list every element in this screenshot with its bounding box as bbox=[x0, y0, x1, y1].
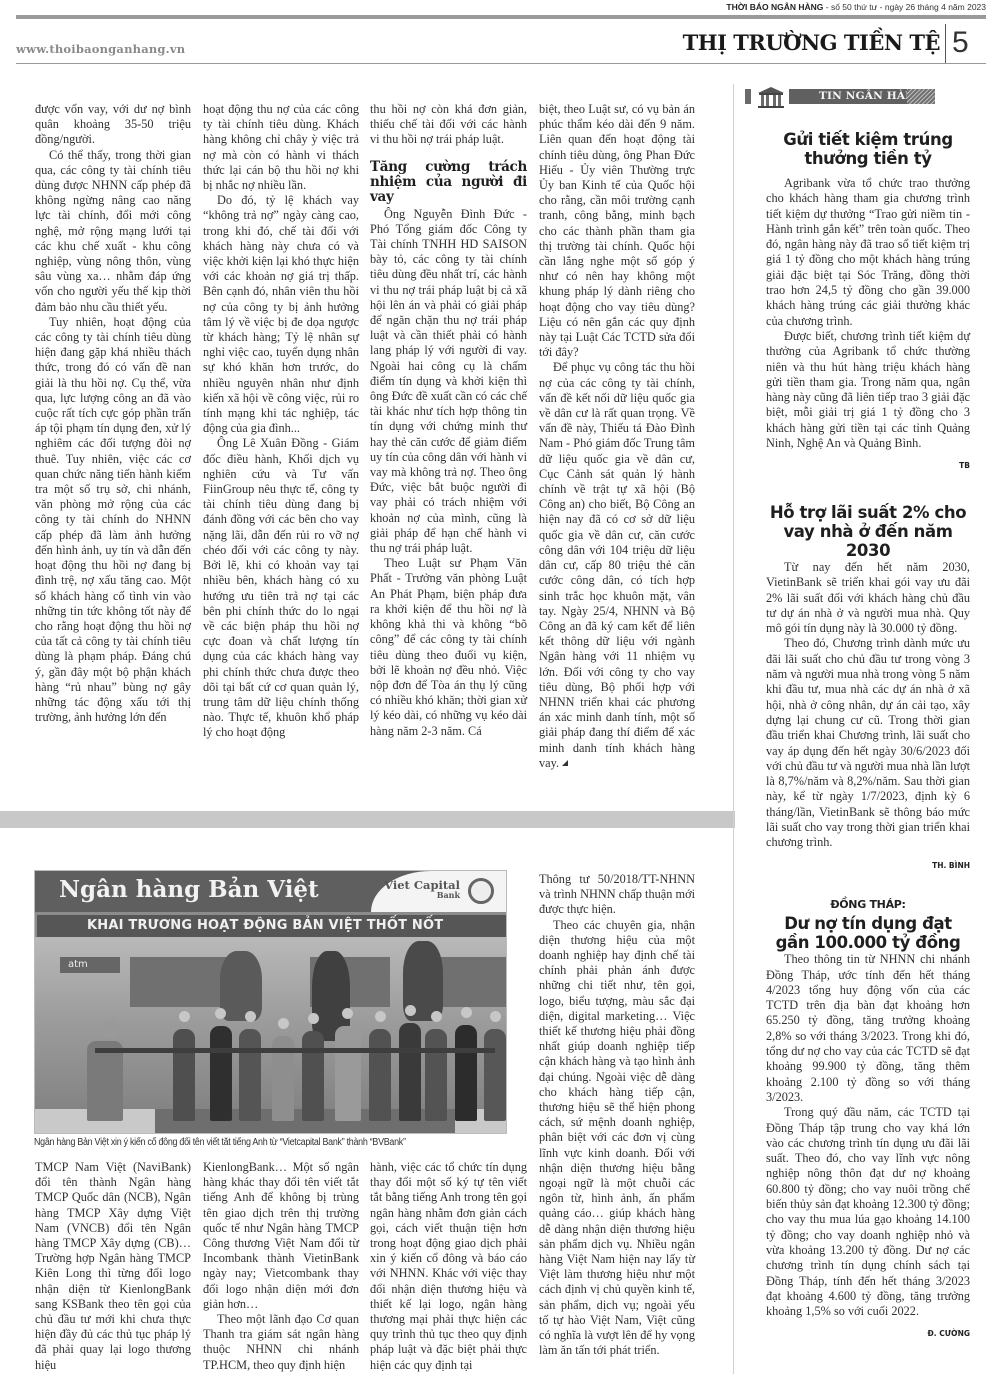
website-link[interactable]: www.thoibaonganhang.vn bbox=[16, 42, 185, 56]
section-label-bar: TIN NGÂN HÀNG bbox=[789, 89, 935, 104]
article-column-1: được vốn vay, với dư nợ bình quân khoảng… bbox=[35, 102, 191, 725]
header-rule bbox=[16, 63, 986, 64]
sidebar-story-3: ĐỒNG THÁP: Dư nợ tín dụng đạt gần 100.00… bbox=[766, 897, 970, 1342]
issue-dateline: THỜI BÁO NGÂN HÀNG - số 50 thứ tư - ngày… bbox=[726, 2, 986, 12]
story-title[interactable]: Gửi tiết kiệm trúng thưởng tiền tỷ bbox=[766, 130, 970, 168]
person bbox=[173, 1029, 195, 1121]
person-head bbox=[405, 1005, 416, 1016]
article-column-4: biệt, theo Luật sư, có vụ bản án phúc th… bbox=[539, 102, 695, 771]
paragraph: Theo thông tin từ NHNN chi nhánh Đồng Th… bbox=[766, 952, 970, 1105]
paragraph: Có thể thấy, trong thời gian qua, các cô… bbox=[35, 148, 191, 315]
article-column-2-lower: KienlongBank… Một số ngân hàng khác thay… bbox=[203, 1160, 359, 1373]
article-end-icon bbox=[562, 760, 568, 766]
photo-credit: Ảnh: PV bbox=[34, 1109, 36, 1127]
paragraph: Ông Lê Xuân Đồng - Giám đốc điều hành, K… bbox=[203, 436, 359, 740]
byline: Đ. CƯỜNG bbox=[766, 1326, 970, 1341]
opening-banner: KHAI TRƯƠNG HOẠT ĐỘNG BẢN VIỆT THỐT NỐT bbox=[37, 915, 506, 937]
bank-logo-icon bbox=[468, 878, 494, 904]
paragraph: Trong quý đầu năm, các TCTD tại Đồng Thá… bbox=[766, 1105, 970, 1319]
person-head bbox=[490, 1011, 501, 1022]
mascot-head bbox=[102, 1021, 120, 1039]
paragraph: Theo đó, Chương trình dành mức ưu đãi lã… bbox=[766, 636, 970, 850]
paragraph-text: Để phục vụ công tác thu hồi nợ của các c… bbox=[539, 360, 695, 769]
hatch-decoration bbox=[907, 89, 935, 104]
paragraph: Do đó, tỷ lệ khách vay “không trả nợ” ng… bbox=[203, 193, 359, 436]
person bbox=[484, 1029, 506, 1121]
paragraph: được vốn vay, với dư nợ bình quân khoảng… bbox=[35, 102, 191, 148]
paragraph: Để phục vụ công tác thu hồi nợ của các c… bbox=[539, 360, 695, 770]
person-head bbox=[179, 1011, 190, 1022]
story-title[interactable]: Hỗ trợ lãi suất 2% cho vay nhà ở đến năm… bbox=[766, 503, 970, 560]
article-column-2: hoạt động thu nợ của các công ty tài chí… bbox=[203, 102, 359, 741]
person bbox=[369, 1029, 391, 1121]
paragraph: KienlongBank… Một số ngân hàng khác thay… bbox=[203, 1160, 359, 1312]
paragraph: TMCP Nam Việt (NaviBank) đổi tên thành N… bbox=[35, 1160, 191, 1373]
paragraph: Tuy nhiên, hoạt động của các công ty tài… bbox=[35, 315, 191, 725]
person bbox=[239, 1029, 261, 1121]
article-column-3: thu hồi nợ còn khá đơn giản, thiếu chế t… bbox=[370, 102, 527, 739]
paragraph: Được biết, chương trình tiết kiệm dự thư… bbox=[766, 329, 970, 451]
person-head bbox=[245, 1011, 256, 1022]
atm-sign: atm bbox=[60, 957, 120, 973]
paragraph: hành, việc các tổ chức tín dụng thay đổi… bbox=[370, 1160, 527, 1373]
person bbox=[210, 1026, 232, 1121]
paragraph: Theo một lãnh đạo Cơ quan Thanh tra giám… bbox=[203, 1312, 359, 1373]
paragraph: hoạt động thu nợ của các công ty tài chí… bbox=[203, 102, 359, 193]
sidebar-section-header: TIN NGÂN HÀNG bbox=[745, 86, 935, 106]
person-head bbox=[308, 1013, 319, 1024]
sidebar-story-1: Gửi tiết kiệm trúng thưởng tiền tỷ Agrib… bbox=[766, 130, 970, 474]
article-column-3-lower: hành, việc các tổ chức tín dụng thay đổi… bbox=[370, 1160, 527, 1373]
banner-text: KHAI TRƯƠNG HOẠT ĐỘNG BẢN VIỆT THỐT NỐT bbox=[87, 918, 443, 933]
person-head bbox=[461, 1007, 472, 1018]
top-divider bbox=[16, 15, 986, 19]
paragraph: Ông Nguyễn Đình Đức - Phó Tổng giám đốc … bbox=[370, 207, 527, 557]
article-column-1-lower: TMCP Nam Việt (NaviBank) đổi tên thành N… bbox=[35, 1160, 191, 1373]
person bbox=[455, 1025, 477, 1121]
paragraph: Agribank vừa tổ chức trao thưởng cho khá… bbox=[766, 176, 970, 329]
person-head bbox=[342, 1008, 353, 1019]
mascot bbox=[87, 1041, 123, 1121]
paragraph: Từ nay đến hết năm 2030, VietinBank sẽ t… bbox=[766, 560, 970, 636]
byline: TH. BÌNH bbox=[766, 858, 970, 873]
person bbox=[302, 1031, 324, 1121]
person bbox=[335, 1026, 361, 1121]
issue-info: - số 50 thứ tư - ngày 26 tháng 4 năm 202… bbox=[823, 2, 986, 12]
subheading: Tăng cường trách nhiệm của người đi vay bbox=[370, 160, 527, 205]
article-column-4-lower: Thông tư 50/2018/TT-NHNN và trình NHNN c… bbox=[539, 872, 695, 1359]
photo-caption: Ngân hàng Bản Việt xin ý kiến cổ đông đổ… bbox=[34, 1137, 476, 1148]
person-head bbox=[278, 1018, 289, 1029]
bank-building-icon bbox=[755, 86, 787, 108]
page-number-divider bbox=[945, 24, 946, 64]
byline: TB bbox=[766, 458, 970, 473]
paragraph: biệt, theo Luật sư, có vụ bản án phúc th… bbox=[539, 102, 695, 360]
person bbox=[399, 1023, 421, 1121]
story-kicker: ĐỒNG THÁP: bbox=[766, 897, 970, 912]
article-photo[interactable]: Ngân hàng Bản Việt Viet CapitalBank KHAI… bbox=[34, 870, 507, 1134]
section-title: THỊ TRƯỜNG TIỀN TỆ bbox=[683, 30, 940, 55]
section-separator-band bbox=[0, 811, 735, 828]
paragraph: thu hồi nợ còn khá đơn giản, thiếu chế t… bbox=[370, 102, 527, 148]
paragraph: Thông tư 50/2018/TT-NHNN và trình NHNN c… bbox=[539, 872, 695, 918]
publication-name: THỜI BÁO NGÂN HÀNG bbox=[726, 2, 823, 12]
bank-logo-text: Viet CapitalBank bbox=[384, 880, 460, 900]
header-stub bbox=[745, 89, 751, 104]
person bbox=[425, 1029, 447, 1121]
paragraph: Theo các chuyên gia, nhận diện thương hi… bbox=[539, 918, 695, 1359]
person-head bbox=[375, 1011, 386, 1022]
shop-window bbox=[440, 957, 506, 1007]
lion-dance-costume bbox=[220, 951, 262, 1021]
page-number: 5 bbox=[952, 26, 969, 60]
ribbon bbox=[95, 1048, 495, 1053]
bank-sign-title: Ngân hàng Bản Việt bbox=[59, 876, 319, 903]
person-head bbox=[431, 1011, 442, 1022]
paragraph: Theo Luật sư Phạm Văn Phất - Trưởng văn … bbox=[370, 556, 527, 738]
sidebar-divider bbox=[733, 84, 734, 1374]
sidebar-story-2: Hỗ trợ lãi suất 2% cho vay nhà ở đến năm… bbox=[766, 503, 970, 873]
story-title[interactable]: Dư nợ tín dụng đạt gần 100.000 tỷ đồng bbox=[766, 914, 970, 952]
person-head bbox=[215, 1008, 226, 1019]
